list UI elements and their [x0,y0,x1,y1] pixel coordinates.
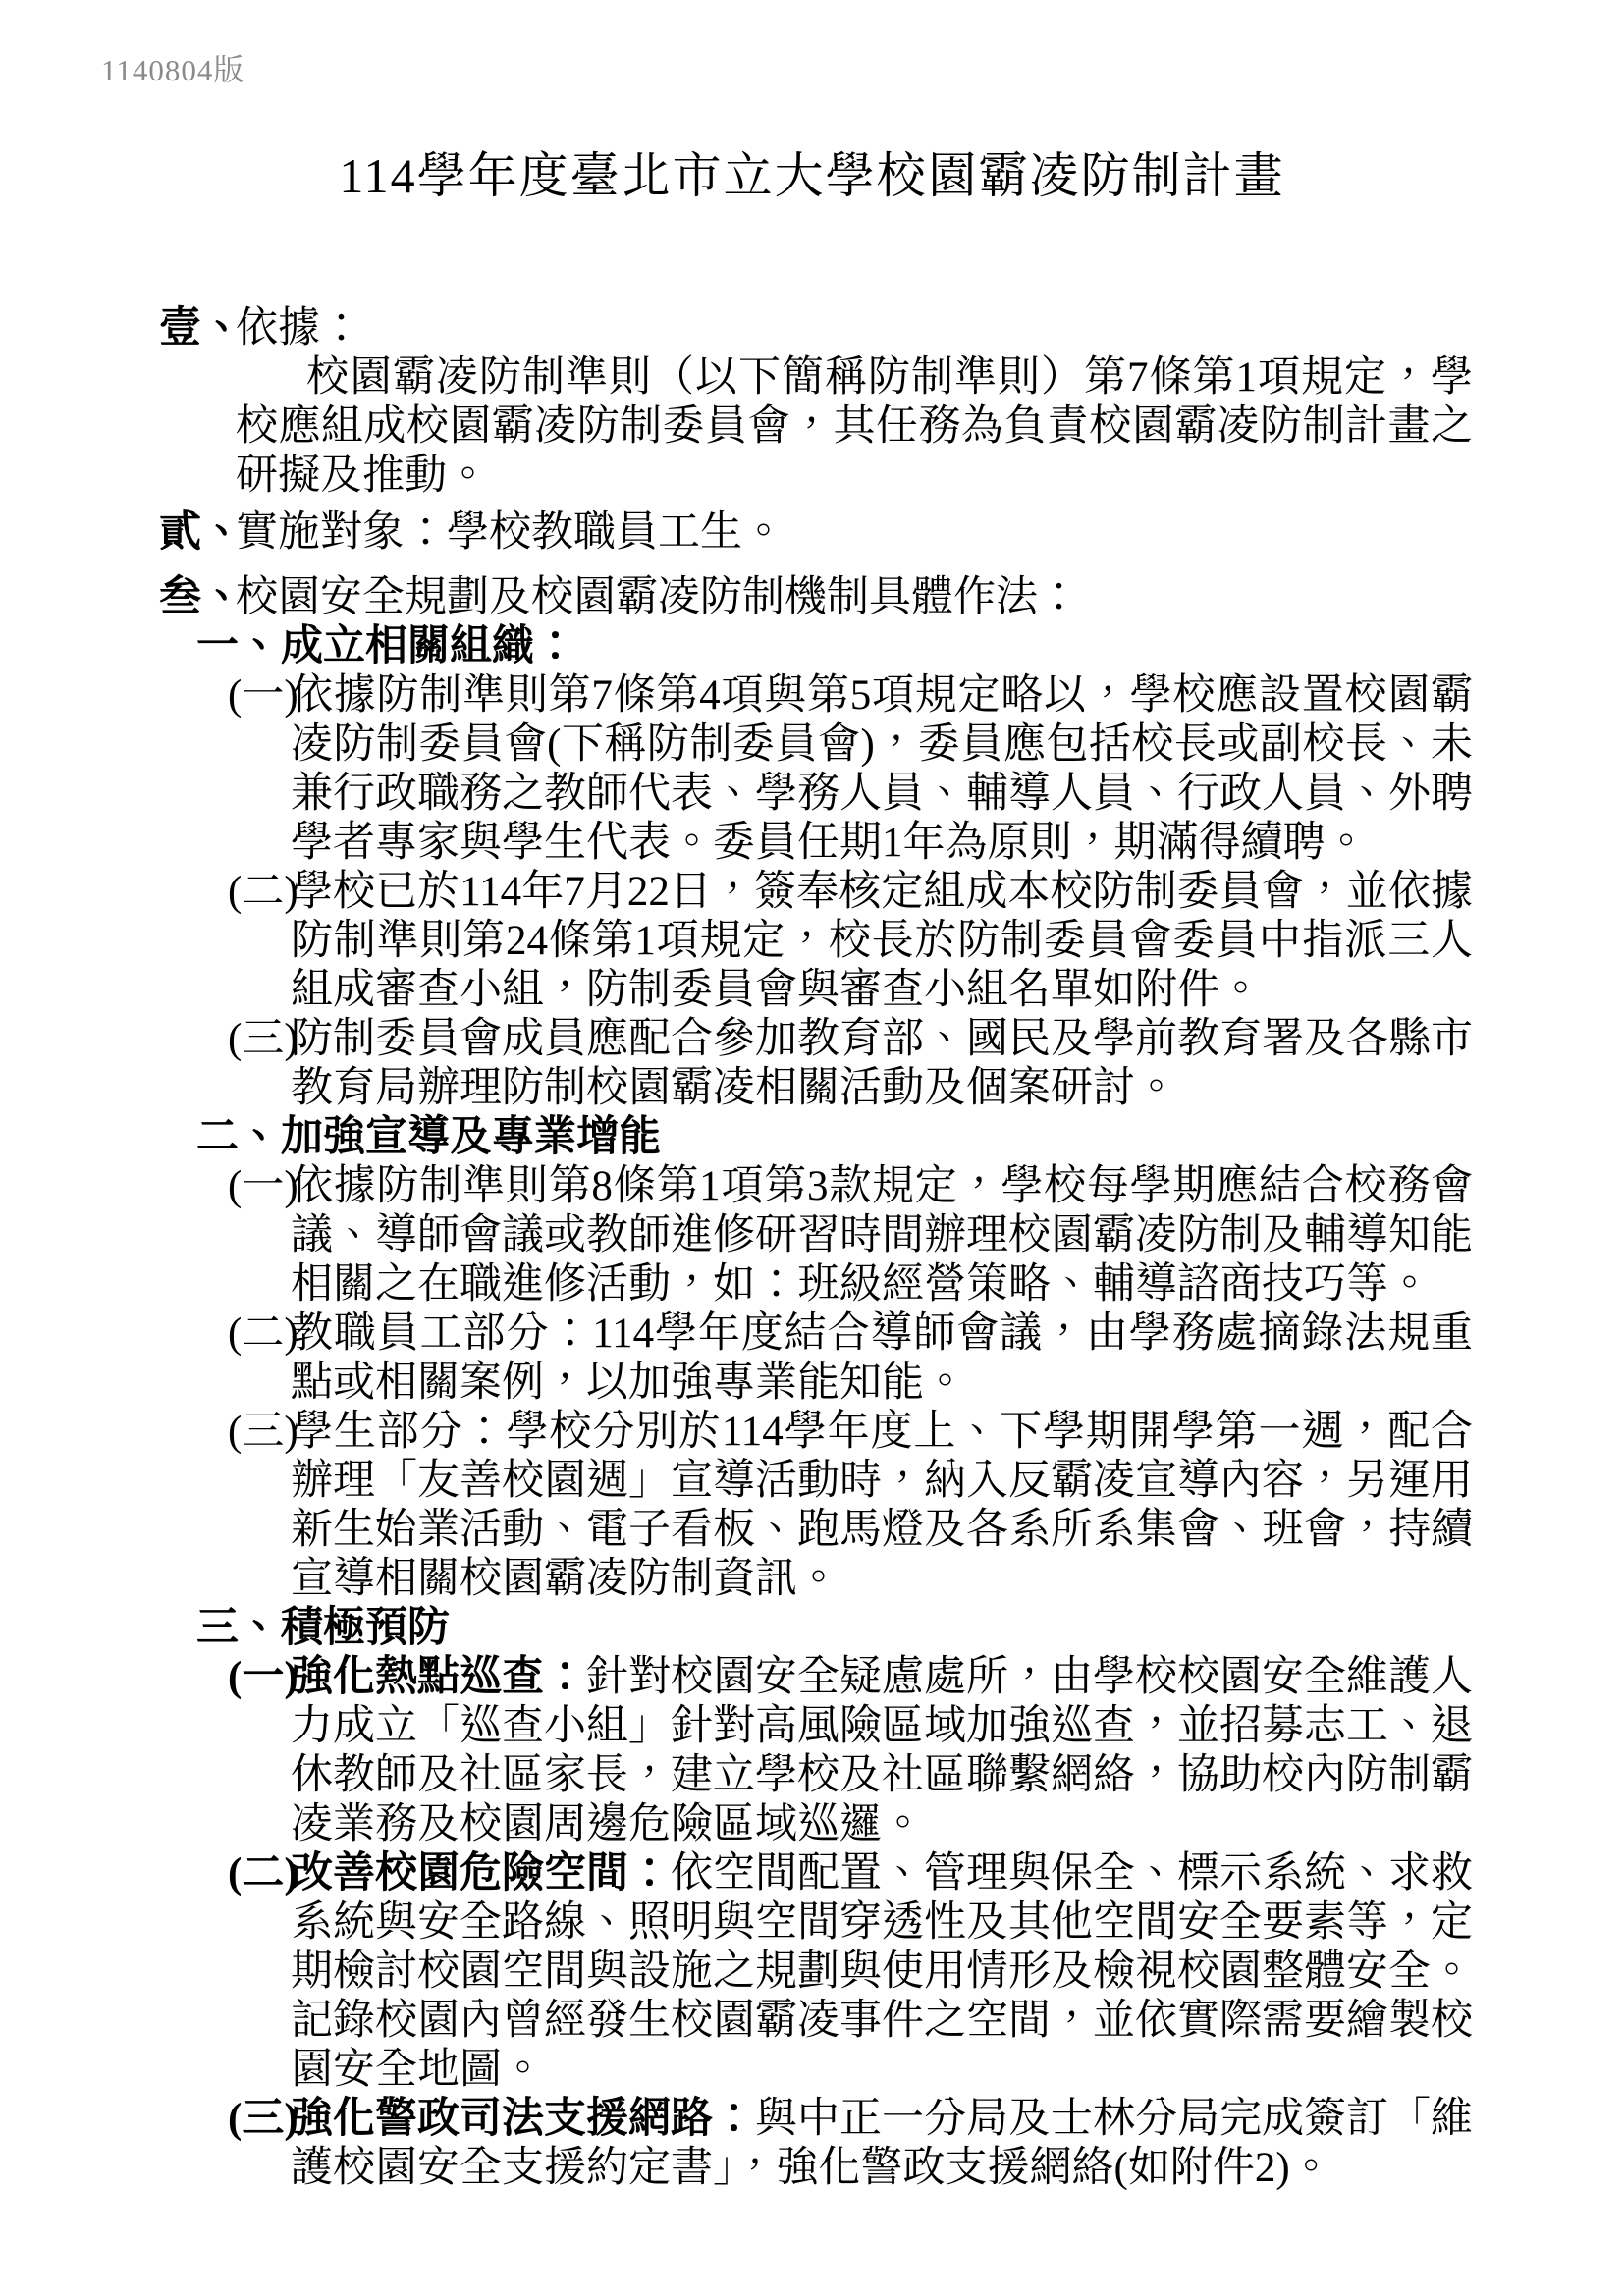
section-3: 叁、 校園安全規劃及校園霸凌防制機制具體作法： 一、成立相關組織： (一) 依據… [159,573,1473,2193]
item-text: 教職員工部分：114學年度結合導師會議，由學務處摘錄法規重點或相關案例，以加強專… [291,1309,1473,1408]
subsection-1-heading: 一、成立相關組織： [196,622,1473,671]
list-item: (三) 防制委員會成員應配合參加教育部、國民及學前教育署及各縣市教育局辦理防制校… [228,1015,1473,1113]
section-1-marker: 壹、 [159,304,236,353]
page-title: 114學年度臺北市立大學校園霸凌防制計畫 [0,0,1624,206]
item-marker: (三) [228,1015,291,1064]
subsection-3-heading: 三、積極預防 [196,1604,1473,1653]
section-3-marker: 叁、 [159,573,236,622]
section-2-marker: 貳、 [159,508,236,558]
list-item: (二) 改善校園危險空間：依空間配置、管理與保全、標示系統、求救系統與安全路線、… [228,1849,1473,2095]
list-item: (二) 教職員工部分：114學年度結合導師會議，由學務處摘錄法規重點或相關案例，… [228,1309,1473,1408]
item-text: 學校已於114年7月22日，簽奉核定組成本校防制委員會，並依據防制準則第24條第… [291,868,1473,1015]
item-text: 改善校園危險空間：依空間配置、管理與保全、標示系統、求救系統與安全路線、照明與空… [291,1849,1473,2095]
subsection-1: 一、成立相關組織： (一) 依據防制準則第7條第4項與第5項規定略以，學校應設置… [159,622,1473,1113]
item-marker: (一) [228,1653,291,1702]
section-2-heading: 貳、 實施對象：學校教職員工生。 [159,508,1473,558]
section-2-heading-text: 實施對象：學校教職員工生。 [236,508,1473,558]
item-marker: (三) [228,2095,291,2144]
list-item: (一) 依據防制準則第8條第1項第3款規定，學校每學期應結合校務會議、導師會議或… [228,1162,1473,1309]
item-lead: 改善校園危險空間： [291,1850,671,1896]
section-3-heading: 叁、 校園安全規劃及校園霸凌防制機制具體作法： [159,573,1473,622]
item-marker: (二) [228,1309,291,1359]
item-text: 強化熱點巡查：針對校園安全疑慮處所，由學校校園安全維護人力成立「巡查小組」針對高… [291,1653,1473,1849]
section-1-paragraph: 校園霸凌防制準則（以下簡稱防制準則）第7條第1項規定，學校應組成校園霸凌防制委員… [236,353,1473,501]
document-body: 壹、 依據： 校園霸凌防制準則（以下簡稱防制準則）第7條第1項規定，學校應組成校… [159,304,1473,2193]
section-1-heading: 壹、 依據： [159,304,1473,353]
section-2: 貳、 實施對象：學校教職員工生。 [159,508,1473,558]
item-lead: 強化熱點巡查： [291,1654,586,1700]
section-3-heading-text: 校園安全規劃及校園霸凌防制機制具體作法： [236,573,1473,622]
item-text: 依據防制準則第8條第1項第3款規定，學校每學期應結合校務會議、導師會議或教師進修… [291,1162,1473,1309]
item-marker: (二) [228,1849,291,1898]
item-marker: (一) [228,671,291,721]
subsection-2-heading: 二、加強宣導及專業增能 [196,1113,1473,1162]
subsection-3: 三、積極預防 (一) 強化熱點巡查：針對校園安全疑慮處所，由學校校園安全維護人力… [159,1604,1473,2193]
list-item: (一) 依據防制準則第7條第4項與第5項規定略以，學校應設置校園霸凌防制委員會(… [228,671,1473,868]
item-marker: (二) [228,868,291,917]
item-lead: 強化警政司法支援網路： [291,2096,755,2142]
list-item: (一) 強化熱點巡查：針對校園安全疑慮處所，由學校校園安全維護人力成立「巡查小組… [228,1653,1473,1849]
list-item: (三) 強化警政司法支援網路：與中正一分局及士林分局完成簽訂「維護校園安全支援約… [228,2095,1473,2193]
list-item: (三) 學生部分：學校分別於114學年度上、下學期開學第一週，配合辦理「友善校園… [228,1408,1473,1604]
item-marker: (三) [228,1408,291,1457]
subsection-2: 二、加強宣導及專業增能 (一) 依據防制準則第8條第1項第3款規定，學校每學期應… [159,1113,1473,1604]
item-text: 強化警政司法支援網路：與中正一分局及士林分局完成簽訂「維護校園安全支援約定書」，… [291,2095,1473,2193]
item-text: 依據防制準則第7條第4項與第5項規定略以，學校應設置校園霸凌防制委員會(下稱防制… [291,671,1473,868]
section-1: 壹、 依據： 校園霸凌防制準則（以下簡稱防制準則）第7條第1項規定，學校應組成校… [159,304,1473,501]
item-marker: (一) [228,1162,291,1211]
document-page: 1140804版 114學年度臺北市立大學校園霸凌防制計畫 壹、 依據： 校園霸… [0,0,1624,2296]
version-label: 1140804版 [101,51,244,90]
section-1-heading-text: 依據： [236,304,1473,353]
list-item: (二) 學校已於114年7月22日，簽奉核定組成本校防制委員會，並依據防制準則第… [228,868,1473,1015]
item-text: 學生部分：學校分別於114學年度上、下學期開學第一週，配合辦理「友善校園週」宣導… [291,1408,1473,1604]
item-text: 防制委員會成員應配合參加教育部、國民及學前教育署及各縣市教育局辦理防制校園霸凌相… [291,1015,1473,1113]
